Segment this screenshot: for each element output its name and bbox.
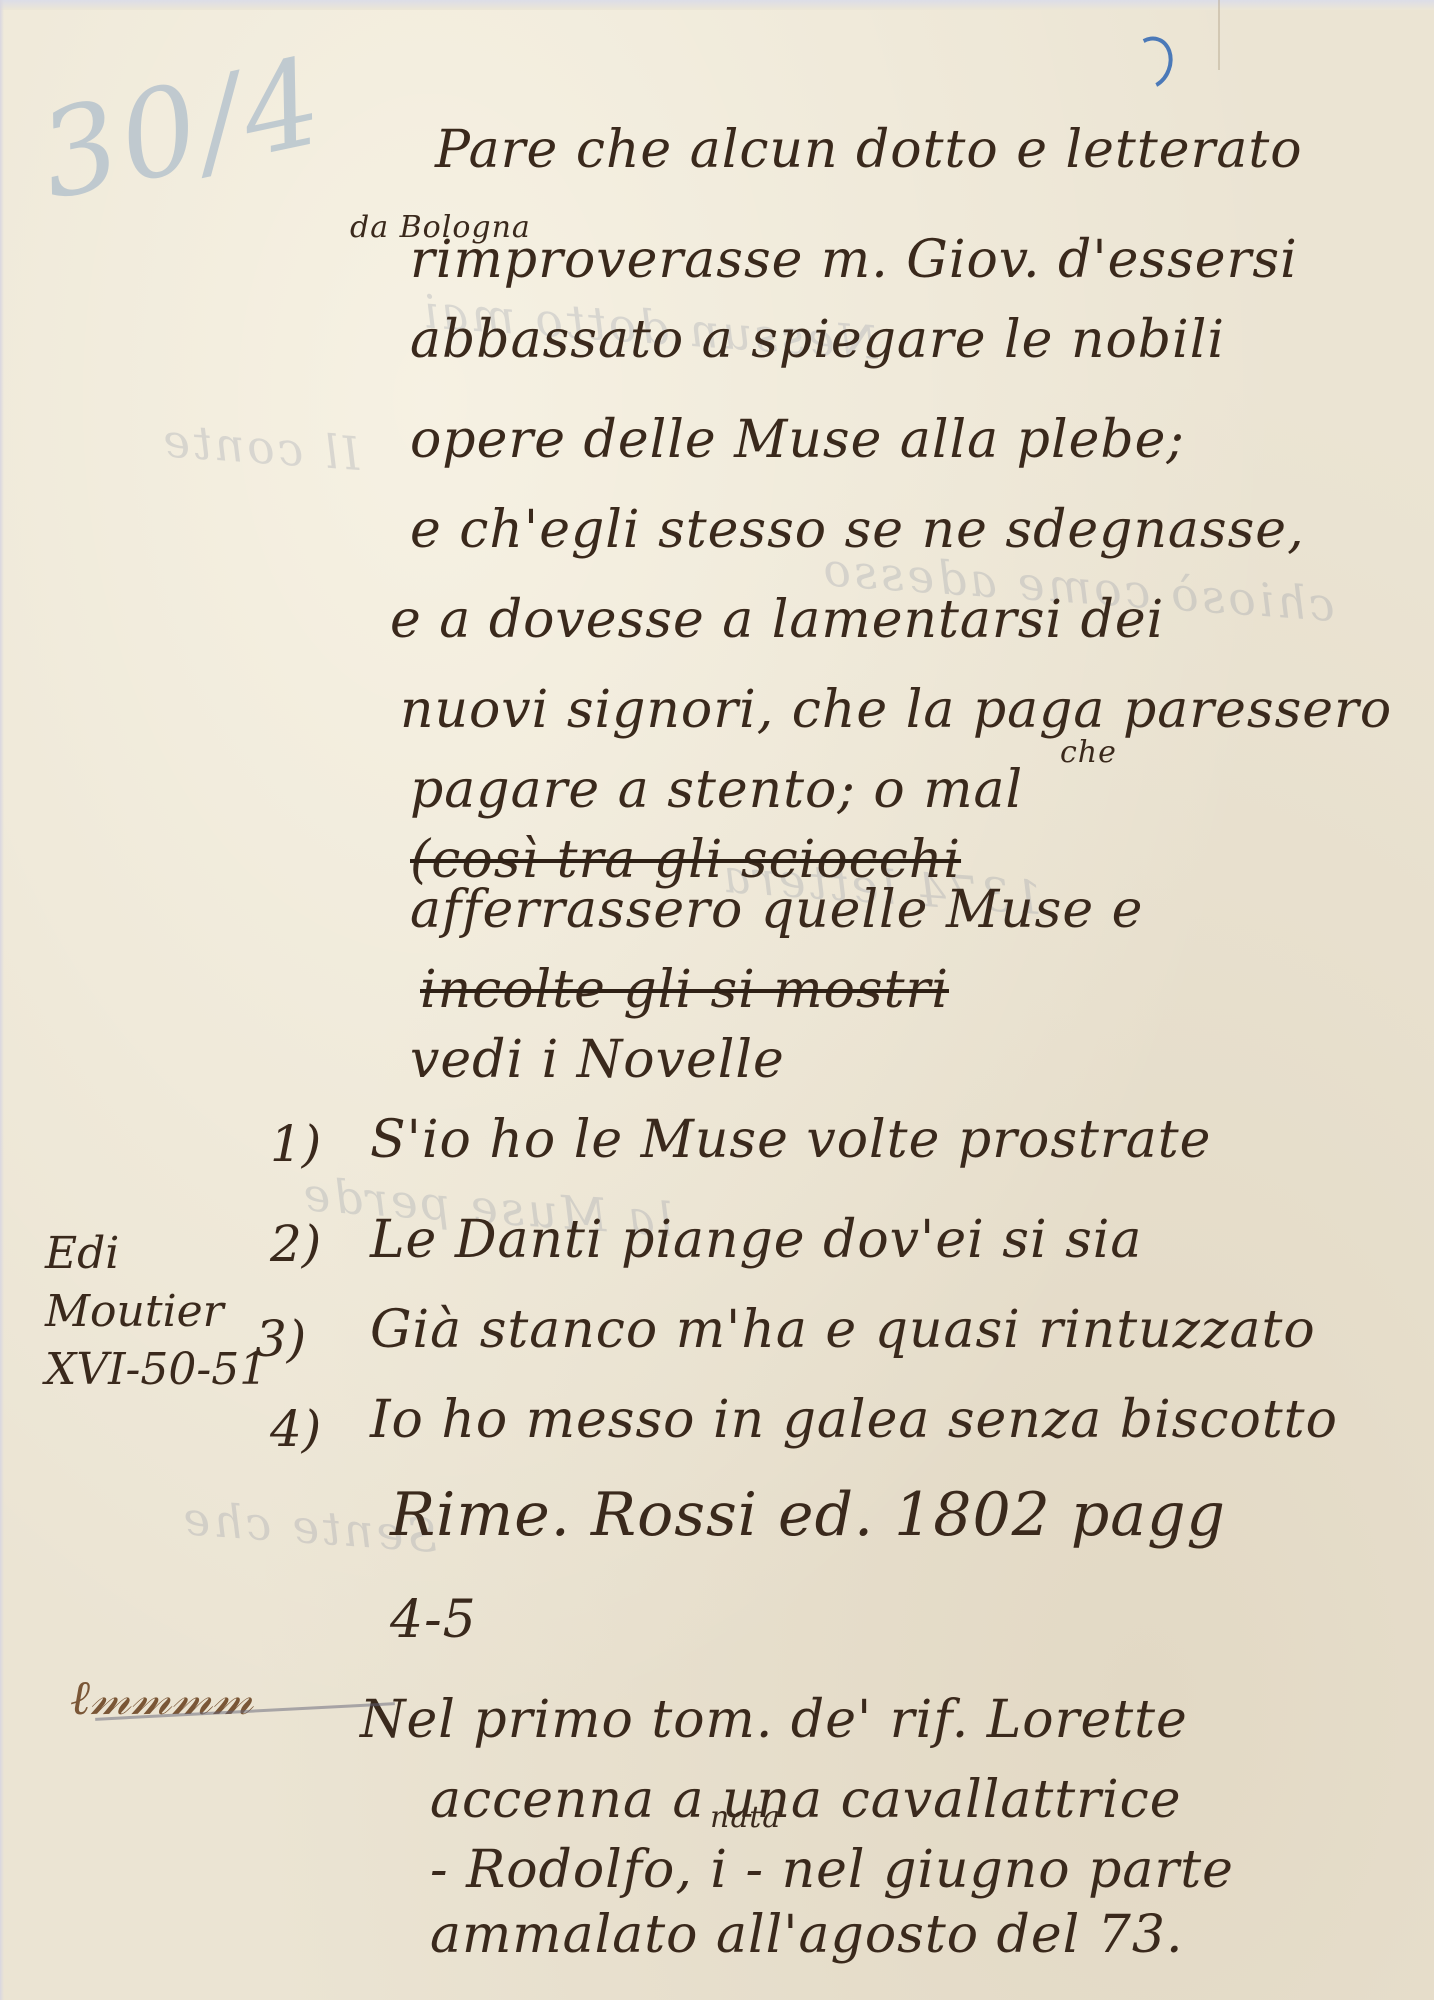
body-line: nuovi signori, che la paga paressero [400, 680, 1392, 740]
numbered-item: Le Danti piange dov'ei si sia [370, 1210, 1142, 1270]
margin-note-line: Moutier [45, 1283, 267, 1341]
interlinear-note: che [1060, 735, 1117, 770]
manuscript-page: Nessun dotto mai chiosò come adesso Il c… [0, 0, 1434, 2000]
body-line: e a dovesse a lamentarsi dei [390, 590, 1164, 650]
body-line: Pare che alcun dotto e letterato [435, 120, 1303, 180]
item-number: 4) [270, 1400, 321, 1458]
reference-line: ammalato all'agosto del 73. [430, 1905, 1183, 1965]
numbered-item: Io ho messo in galea senza biscotto [370, 1390, 1338, 1450]
bleed-through-text: Il conte [158, 413, 362, 481]
body-line: e ch'egli stesso se ne sdegnasse, [410, 500, 1305, 560]
paper-fold-line [1218, 0, 1220, 70]
reference-line: Rime. Rossi ed. 1802 pagg [390, 1480, 1226, 1550]
blue-pencil-mark-icon [1120, 30, 1180, 96]
body-line: vedi i Novelle [410, 1030, 785, 1090]
margin-note-line: XVI-50-51 [45, 1341, 267, 1399]
body-line: opere delle Muse alla plebe; [410, 410, 1185, 470]
body-line: pagare a stento; o mal [410, 760, 1023, 820]
body-line: rimproverasse m. Giov. d'essersi [410, 230, 1298, 290]
numbered-item: S'io ho le Muse volte prostrate [370, 1110, 1211, 1170]
body-line: afferrassero quelle Muse e [410, 880, 1143, 940]
body-line: abbassato a spiegare le nobili [410, 310, 1225, 370]
numbered-item: Già stanco m'ha e quasi rintuzzato [370, 1300, 1316, 1360]
margin-note: Edi Moutier XVI-50-51 [45, 1225, 267, 1399]
margin-note-line: Edi [45, 1225, 267, 1283]
interlinear-note: nata [710, 1800, 781, 1835]
item-number: 1) [270, 1115, 321, 1173]
paper-left-edge [0, 0, 4, 2000]
reference-line: 4-5 [390, 1590, 477, 1650]
reference-line: - Rodolfo, i - nel giugno parte [430, 1840, 1234, 1900]
margin-flourish: ℓ𝓂𝓂𝓂𝓂 [70, 1670, 290, 1730]
item-number: 2) [270, 1215, 321, 1273]
reference-line: Nel primo tom. de' rif. Lorette [360, 1690, 1188, 1750]
reference-line: accenna a una cavallattrice [430, 1770, 1182, 1830]
pencil-shelfmark: 30/4 [29, 32, 337, 227]
struck-line: incolte gli si mostri [420, 960, 949, 1020]
